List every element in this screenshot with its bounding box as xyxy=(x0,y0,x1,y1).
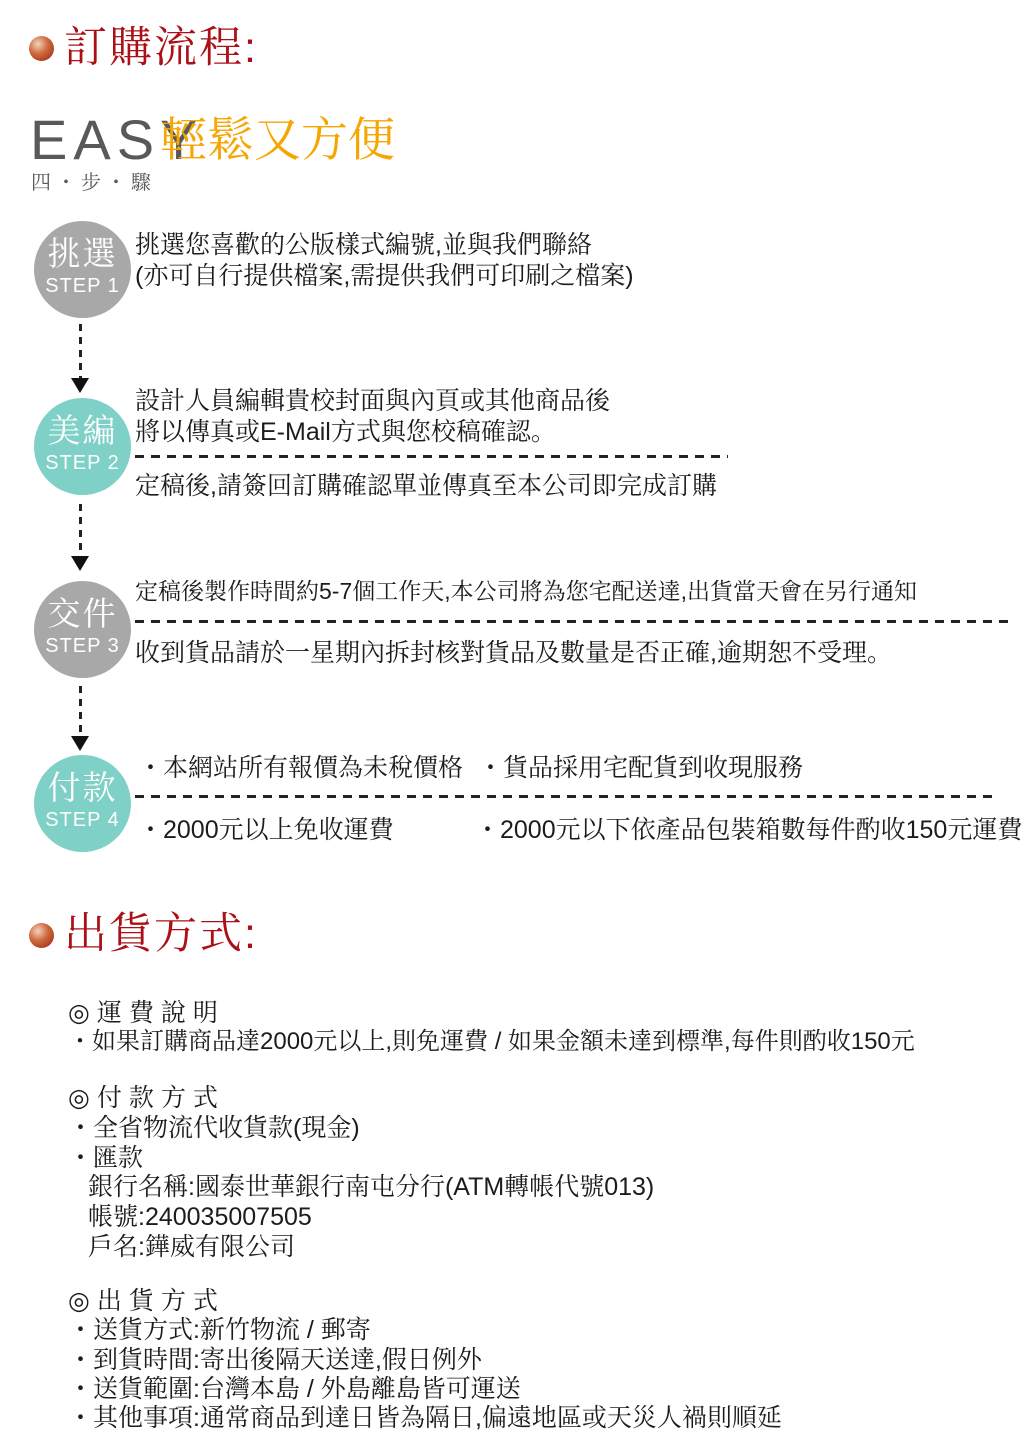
flow-arrow-3-icon xyxy=(71,736,89,751)
freight-item: ・如果訂購商品達2000元以上,則免運費 / 如果金額未達到標準,每件則酌收15… xyxy=(68,1028,915,1057)
step2-line2: 將以傳真或E-Mail方式與您校稿確認。 xyxy=(135,417,556,447)
step2-line3: 定稿後,請簽回訂購確認單並傳真至本公司即完成訂購 xyxy=(135,471,717,501)
bank-account-number: 帳號:240035007505 xyxy=(88,1202,312,1232)
bank-name: 銀行名稱:國泰世華銀行南屯分行(ATM轉帳代號013) xyxy=(88,1172,654,1202)
delivery-range: ・送貨範圍:台灣本島 / 外島離島皆可運送 xyxy=(68,1374,521,1404)
payment-item-cod: ・全省物流代收貨款(現金) xyxy=(68,1113,360,1143)
payment-heading: ◎付款方式 xyxy=(68,1083,225,1113)
step1-badge: 挑選 STEP 1 xyxy=(34,221,131,318)
step1-line2: (亦可自行提供檔案,需提供我們可印刷之檔案) xyxy=(135,261,634,291)
bank-account-name: 戶名:鏵威有限公司 xyxy=(88,1232,295,1262)
step3-badge: 交件 STEP 3 xyxy=(34,581,131,678)
tagline-slogan: 輕鬆又方便 xyxy=(160,116,395,163)
step3-line2: 收到貨品請於一星期內拆封核對貨品及數量是否正確,逾期恕不受理。 xyxy=(135,638,892,668)
section1-title: 訂購流程: xyxy=(64,25,258,72)
page: 訂購流程: EASY 四・步・驟 輕鬆又方便 挑選 STEP 1 挑選您喜歡的公… xyxy=(0,0,1025,1452)
step4-row1-col1: ・本網站所有報價為未稅價格 xyxy=(138,753,463,783)
section2-bullet-icon xyxy=(29,923,54,948)
step3-line1: 定稿後製作時間約5-7個工作天,本公司將為您宅配送達,出貨當天會在另行通知 xyxy=(135,578,917,606)
step1-badge-label: 挑選 xyxy=(34,237,131,270)
step3-divider xyxy=(135,620,1013,623)
step4-badge-label: 付款 xyxy=(34,771,131,804)
flow-arrow-2-icon xyxy=(71,556,89,571)
delivery-method: ・送貨方式:新竹物流 / 郵寄 xyxy=(68,1315,371,1345)
tagline-easy-sub: 四・步・驟 xyxy=(31,166,156,195)
step2-badge-step: STEP 2 xyxy=(34,453,131,473)
freight-heading: ◎運費說明 xyxy=(68,998,225,1028)
delivery-time: ・到貨時間:寄出後隔天送達,假日例外 xyxy=(68,1345,482,1375)
delivery-other: ・其他事項:通常商品到達日皆為隔日,偏遠地區或天災人禍則順延 xyxy=(68,1403,782,1433)
step2-badge: 美編 STEP 2 xyxy=(34,398,131,495)
step3-badge-step: STEP 3 xyxy=(34,636,131,656)
flow-arrow-1-icon xyxy=(71,378,89,393)
delivery-heading: ◎出貨方式 xyxy=(68,1286,225,1316)
step4-badge-step: STEP 4 xyxy=(34,810,131,830)
step2-line1: 設計人員編輯貴校封面與內頁或其他商品後 xyxy=(135,386,610,416)
step2-divider xyxy=(135,455,728,458)
flow-connector-1 xyxy=(79,324,82,378)
section2-title: 出貨方式: xyxy=(64,911,258,958)
flow-connector-2 xyxy=(79,504,82,556)
flow-connector-3 xyxy=(79,686,82,736)
step4-row2-col1: ・2000元以上免收運費 xyxy=(138,815,394,845)
payment-item-remit: ・匯款 xyxy=(68,1143,143,1173)
step4-row2-col2: ・2000元以下依產品包裝箱數每件酌收150元運費 xyxy=(475,815,1022,845)
step4-badge: 付款 STEP 4 xyxy=(34,755,131,852)
step1-line1: 挑選您喜歡的公版樣式編號,並與我們聯絡 xyxy=(135,230,592,260)
step4-row1-col2: ・貨品採用宅配貨到收現服務 xyxy=(478,753,803,783)
section1-bullet-icon xyxy=(29,36,54,61)
step2-badge-label: 美編 xyxy=(34,414,131,447)
step1-badge-step: STEP 1 xyxy=(34,276,131,296)
step3-badge-label: 交件 xyxy=(34,597,131,630)
step4-divider xyxy=(135,795,995,798)
